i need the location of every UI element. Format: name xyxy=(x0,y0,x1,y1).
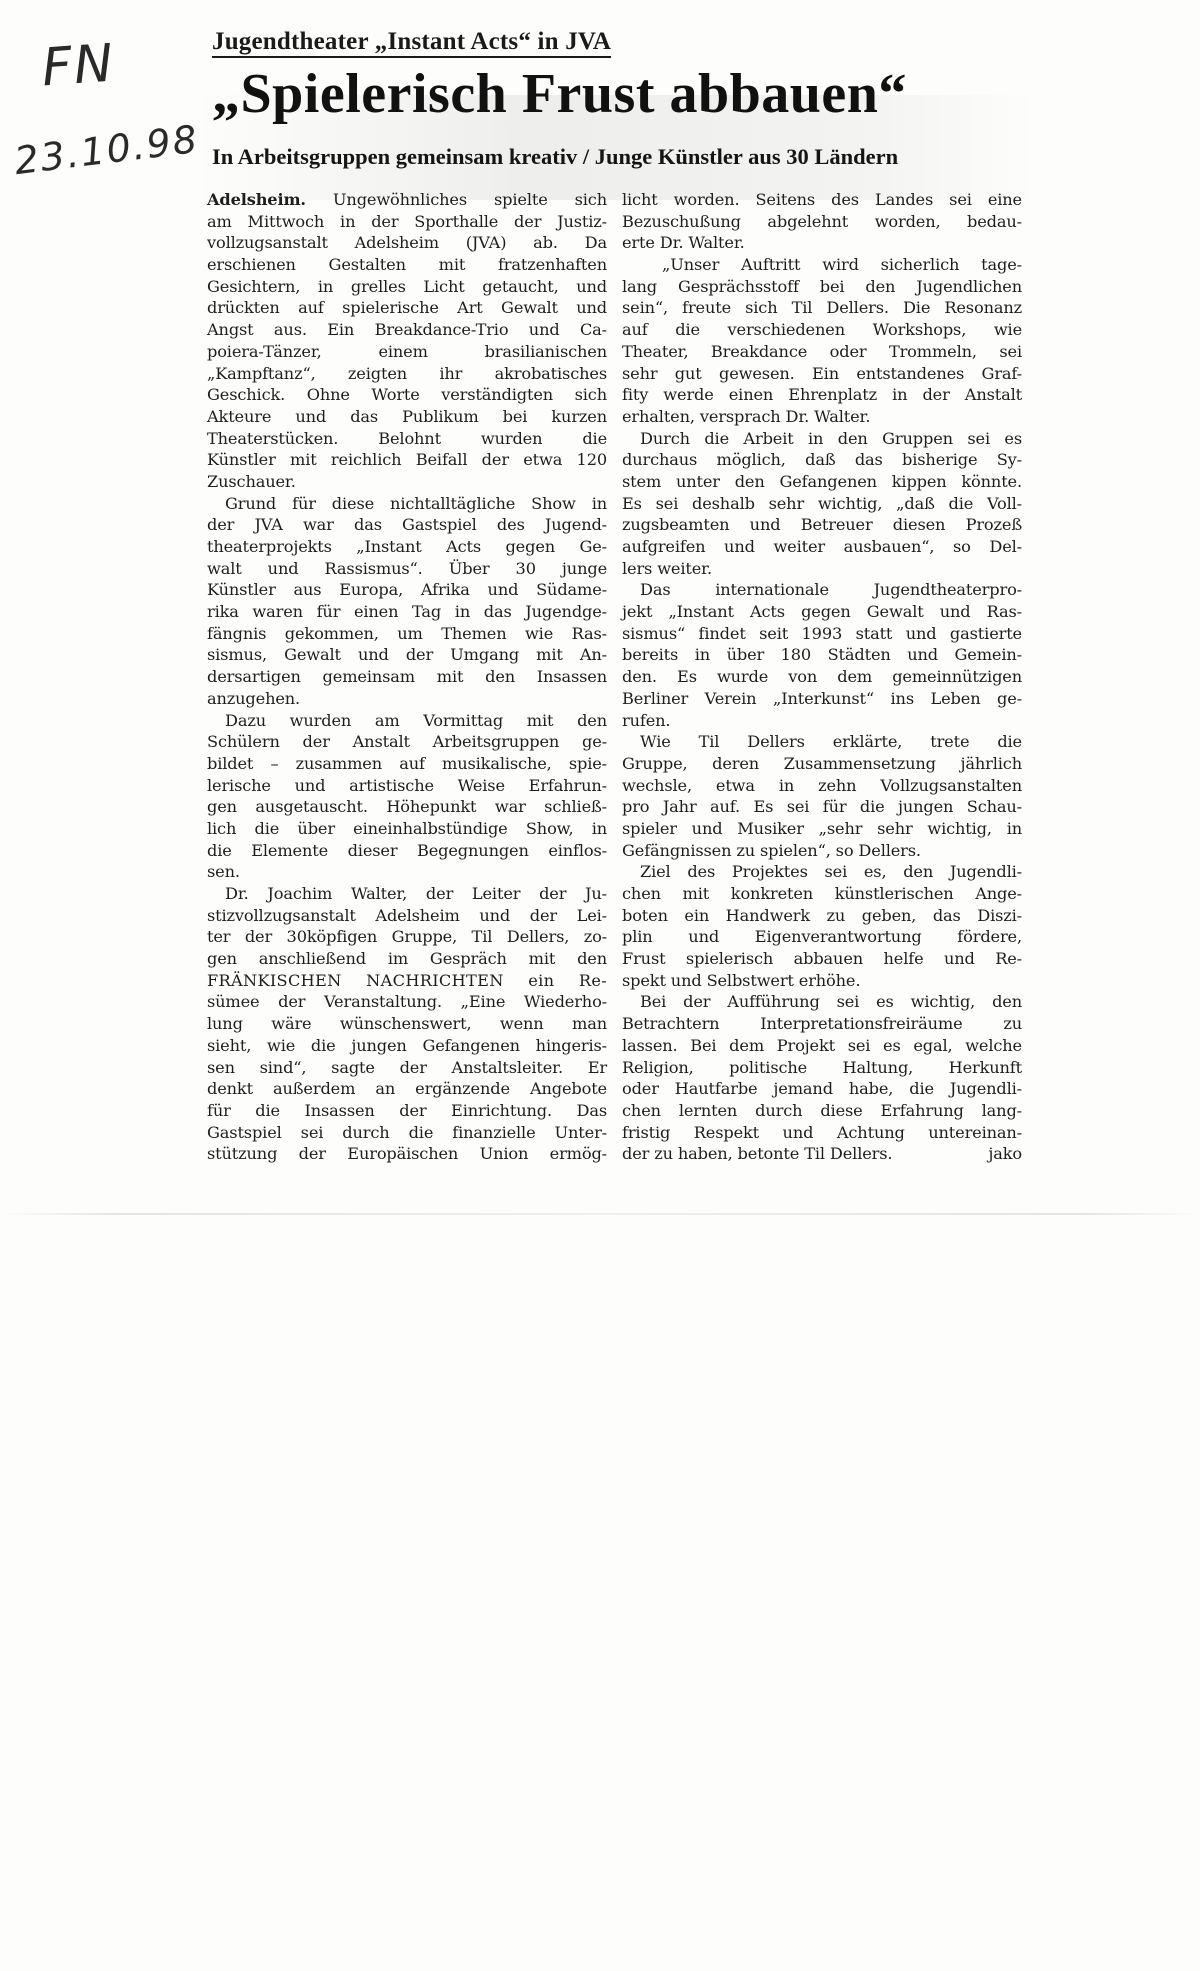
column-line: auf die verschiedenen Workshops, wie xyxy=(622,319,1022,341)
column-line: Gefängnissen zu spielen“, so Dellers. xyxy=(622,840,1022,862)
column-line: lerische und artistische Weise Erfahrun- xyxy=(207,775,607,797)
column-line: Schülern der Anstalt Arbeitsgruppen ge- xyxy=(207,731,607,753)
column-line: durchaus möglich, daß das bisherige Sy- xyxy=(622,449,1022,471)
column-line: Theaterstücken. Belohnt wurden die xyxy=(207,428,607,450)
column-line: Gastspiel sei durch die finanzielle Unte… xyxy=(207,1122,607,1144)
column-line: Es sei deshalb sehr wichtig, „daß die Vo… xyxy=(622,493,1022,515)
column-line: chen lernten durch diese Erfahrung lang- xyxy=(622,1100,1022,1122)
handwritten-date-note: 23.10.98 xyxy=(12,117,201,183)
article-headline: „Spielerisch Frust abbauen“ xyxy=(212,66,907,122)
column-line: stizvollzugsanstalt Adelsheim und der Le… xyxy=(207,905,607,927)
column-line: für die Insassen der Einrichtung. Das xyxy=(207,1100,607,1122)
column-line: Durch die Arbeit in den Gruppen sei es xyxy=(622,428,1022,450)
column-line: „Kampftanz“, zeigten ihr akrobatisches xyxy=(207,363,607,385)
column-line: bereits in über 180 Städten und Gemein- xyxy=(622,644,1022,666)
column-line: Bezuschußung abgelehnt worden, bedau- xyxy=(622,211,1022,233)
column-line: erhalten, versprach Dr. Walter. xyxy=(622,406,1022,428)
column-line: sümee der Veranstaltung. „Eine Wiederho- xyxy=(207,991,607,1013)
column-line: zugsbeamten und Betreuer diesen Prozeß xyxy=(622,514,1022,536)
column-line: wechsle, etwa in zehn Vollzugsanstalten xyxy=(622,775,1022,797)
column-line: Berliner Verein „Interkunst“ ins Leben g… xyxy=(622,688,1022,710)
handwritten-source-note: FN xyxy=(40,34,117,99)
column-line: sein“, freute sich Til Dellers. Die Reso… xyxy=(622,297,1022,319)
column-line: dersartigen gemeinsam mit den Insassen xyxy=(207,666,607,688)
column-line: Gruppe, deren Zusammensetzung jährlich xyxy=(622,753,1022,775)
column-line: Bei der Aufführung sei es wichtig, den xyxy=(622,991,1022,1013)
column-line: Künstler aus Europa, Afrika und Südame- xyxy=(207,579,607,601)
column-line: fity werde einen Ehrenplatz in der Ansta… xyxy=(622,384,1022,406)
column-line: chen mit konkreten künstlerischen Ange- xyxy=(622,883,1022,905)
column-line: Adelsheim. Ungewöhnliches spielte sich xyxy=(207,189,607,211)
column-line: gen ausgetauscht. Höhepunkt war schließ- xyxy=(207,796,607,818)
column-line: lich die über eineinhalbstündige Show, i… xyxy=(207,818,607,840)
article-subheadline: In Arbeitsgruppen gemeinsam kreativ / Ju… xyxy=(212,146,898,169)
column-line: Gesichtern, in grelles Licht getaucht, u… xyxy=(207,276,607,298)
column-line: sismus, Gewalt und der Umgang mit An- xyxy=(207,644,607,666)
column-line: Angst aus. Ein Breakdance-Trio und Ca- xyxy=(207,319,607,341)
column-line: lers weiter. xyxy=(622,558,1022,580)
column-line: sieht, wie die jungen Gefangenen hingeri… xyxy=(207,1035,607,1057)
column-line: rufen. xyxy=(622,710,1022,732)
column-line: Künstler mit reichlich Beifall der etwa … xyxy=(207,449,607,471)
column-line: Religion, politische Haltung, Herkunft xyxy=(622,1057,1022,1079)
column-line: am Mittwoch in der Sporthalle der Justiz… xyxy=(207,211,607,233)
paper-fold-line xyxy=(0,1213,1200,1215)
article-column-1: Adelsheim. Ungewöhnliches spielte sich a… xyxy=(207,189,607,1165)
column-line: walt und Rassismus“. Über 30 junge xyxy=(207,558,607,580)
column-line: Wie Til Dellers erklärte, trete die xyxy=(622,731,1022,753)
column-line: Theater, Breakdance oder Trommeln, sei xyxy=(622,341,1022,363)
column-line: plin und Eigenverantwortung fördere, xyxy=(622,926,1022,948)
column-line: anzugehen. xyxy=(207,688,607,710)
column-line: Das internationale Jugendtheaterpro- xyxy=(622,579,1022,601)
column-line: Grund für diese nichtalltägliche Show in xyxy=(207,493,607,515)
author-initials: jako xyxy=(988,1143,1022,1165)
column-line: FRÄNKISCHEN NACHRICHTEN ein Re- xyxy=(207,970,607,992)
column-line: Dazu wurden am Vormittag mit den xyxy=(207,710,607,732)
column-line: lassen. Bei dem Projekt sei es egal, wel… xyxy=(622,1035,1022,1057)
column-line: bildet – zusammen auf musikalische, spie… xyxy=(207,753,607,775)
article-dateline: Adelsheim. xyxy=(207,190,306,209)
column-line: den. Es wurde von dem gemeinnützigen xyxy=(622,666,1022,688)
column-line: rika waren für einen Tag in das Jugendge… xyxy=(207,601,607,623)
column-line: erschienen Gestalten mit fratzenhaften xyxy=(207,254,607,276)
column-line: fristig Respekt und Achtung untereinan- xyxy=(622,1122,1022,1144)
column-line: spekt und Selbstwert erhöhe. xyxy=(622,970,1022,992)
column-line: Frust spielerisch abbauen helfe und Re- xyxy=(622,948,1022,970)
article-kicker: Jugendtheater „Instant Acts“ in JVA xyxy=(212,29,611,58)
column-line: der JVA war das Gastspiel des Jugend- xyxy=(207,514,607,536)
column-line: ter der 30köpfigen Gruppe, Til Dellers, … xyxy=(207,926,607,948)
column-line: „Unser Auftritt wird sicherlich tage- xyxy=(622,254,1022,276)
column-line: Ziel des Projektes sei es, den Jugendli- xyxy=(622,861,1022,883)
column-line: gen anschließend im Gespräch mit den xyxy=(207,948,607,970)
column-line: boten ein Handwerk zu geben, das Diszi- xyxy=(622,905,1022,927)
column-line: Akteure und das Publikum bei kurzen xyxy=(207,406,607,428)
column-line: der zu haben, betonte Til Dellers.jako xyxy=(622,1143,1022,1165)
column-line: vollzugsanstalt Adelsheim (JVA) ab. Da xyxy=(207,232,607,254)
column-line: Dr. Joachim Walter, der Leiter der Ju- xyxy=(207,883,607,905)
column-line: drückten auf spielerische Art Gewalt und xyxy=(207,297,607,319)
column-line: theaterprojekts „Instant Acts gegen Ge- xyxy=(207,536,607,558)
column-line: lang Gesprächsstoff bei den Jugendlichen xyxy=(622,276,1022,298)
column-line: pro Jahr auf. Es sei für die jungen Scha… xyxy=(622,796,1022,818)
article-column-2: licht worden. Seitens des Landes sei ein… xyxy=(622,189,1022,1165)
column-line: fängnis gekommen, um Themen wie Ras- xyxy=(207,623,607,645)
column-line: erte Dr. Walter. xyxy=(622,232,1022,254)
column-line: sismus“ findet seit 1993 statt und gasti… xyxy=(622,623,1022,645)
column-line: jekt „Instant Acts gegen Gewalt und Ras- xyxy=(622,601,1022,623)
column-line: oder Hautfarbe jemand habe, die Jugendli… xyxy=(622,1078,1022,1100)
column-line: sen. xyxy=(207,861,607,883)
column-line: stem unter den Gefangenen kippen könnte. xyxy=(622,471,1022,493)
column-line: aufgreifen und weiter ausbauen“, so Del- xyxy=(622,536,1022,558)
column-line: licht worden. Seitens des Landes sei ein… xyxy=(622,189,1022,211)
column-line: poiera-Tänzer, einem brasilianischen xyxy=(207,341,607,363)
column-line: die Elemente dieser Begegnungen einflos- xyxy=(207,840,607,862)
scanned-newspaper-page: FN 23.10.98 Jugendtheater „Instant Acts“… xyxy=(0,0,1200,1971)
column-line: Zuschauer. xyxy=(207,471,607,493)
column-line: stützung der Europäischen Union ermög- xyxy=(207,1143,607,1165)
column-line: lung wäre wünschenswert, wenn man xyxy=(207,1013,607,1035)
column-line: Geschick. Ohne Worte verständigten sich xyxy=(207,384,607,406)
column-line: Betrachtern Interpretationsfreiräume zu xyxy=(622,1013,1022,1035)
column-line: sen sind“, sagte der Anstaltsleiter. Er xyxy=(207,1057,607,1079)
column-line: sehr gut gewesen. Ein entstandenes Graf- xyxy=(622,363,1022,385)
column-line: spieler und Musiker „sehr sehr wichtig, … xyxy=(622,818,1022,840)
column-line: denkt außerdem an ergänzende Angebote xyxy=(207,1078,607,1100)
